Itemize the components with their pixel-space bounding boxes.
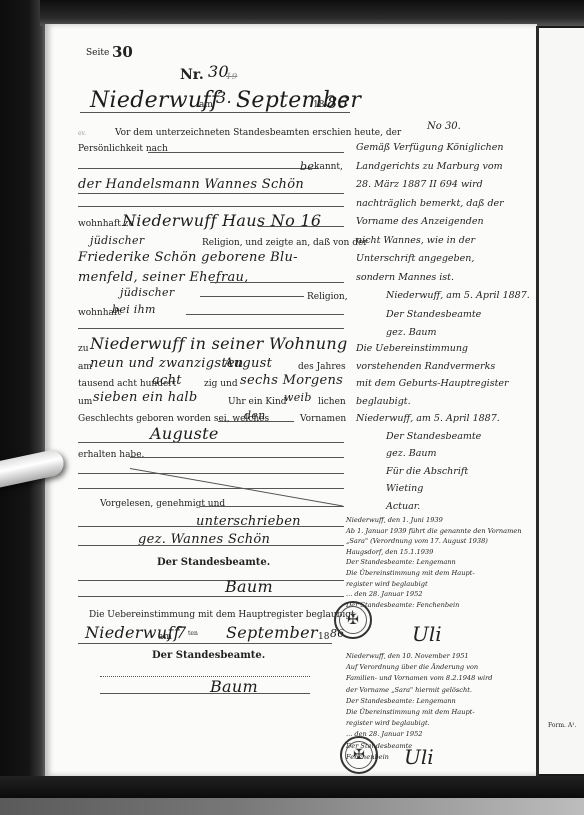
signature-mark: Uli xyxy=(412,622,442,646)
book-binding-top xyxy=(40,0,584,26)
margin-note-line: Der Standesbeamte: Lengemann xyxy=(346,558,456,566)
date-day: 3. xyxy=(216,88,232,107)
religion-label: Religion, xyxy=(307,292,348,302)
given-name: Auguste xyxy=(150,424,219,443)
birth-place: Niederwuff in seiner Wohnung xyxy=(90,334,348,353)
rule xyxy=(78,328,344,329)
sex: weib xyxy=(284,391,312,404)
read-label: Vorgelesen, genehmigt und xyxy=(100,499,225,509)
known-label: kannt, xyxy=(314,162,343,172)
margin-note-line: register wird beglaubigt xyxy=(346,580,428,588)
margin-note-line: vorstehenden Randvermerks xyxy=(356,361,495,372)
margin-note-line: der Vorname „Sara" hiermit gelöscht. xyxy=(346,686,472,694)
margin-note-line: register wird beglaubigt. xyxy=(346,719,430,727)
certify-day: 7 xyxy=(176,623,186,642)
form-label: Form. A¹. xyxy=(548,722,576,729)
rule xyxy=(78,580,344,581)
official-label-2: Der Standesbeamte. xyxy=(152,650,265,661)
rule xyxy=(78,488,344,489)
birth-place-prefix: zu xyxy=(78,344,89,354)
image-footer-caption xyxy=(0,798,584,815)
official-seal-icon: ✠ xyxy=(340,736,378,774)
margin-note-line: sondern Mannes ist. xyxy=(356,272,454,283)
known-suffix: be xyxy=(300,160,314,173)
rule xyxy=(100,676,310,677)
rule xyxy=(148,152,344,153)
margin-note-line: gez. Baum xyxy=(386,327,437,338)
margin-note-line: Niederwuff, den 10. November 1951 xyxy=(346,652,469,660)
margin-note-line: Unterschrift angegeben, xyxy=(356,253,474,264)
religion-1: jüdischer xyxy=(90,234,144,247)
margin-note-line: Niederwuff, den 1. Juni 1939 xyxy=(346,516,443,524)
rule xyxy=(78,545,344,546)
rule xyxy=(200,296,304,297)
rule xyxy=(78,193,344,194)
margin-note-line: Actuar. xyxy=(386,501,420,512)
rule xyxy=(200,506,344,507)
margin-note-line: Der Standesbeamte xyxy=(386,309,481,320)
margin-note-line: Familien- und Vornamen vom 8.2.1948 wird xyxy=(346,674,493,682)
margin-note-line: Gemäß Verfügung Königlichen xyxy=(356,142,504,153)
margin-note-line: Für die Abschrift xyxy=(386,466,468,477)
given-label: Vornamen xyxy=(300,414,346,424)
margin-mark: ev. xyxy=(78,130,86,137)
official-label: Der Standesbeamte. xyxy=(157,557,270,568)
margin-note-line: Ab 1. Januar 1939 führt die genannte den… xyxy=(346,527,522,535)
facing-page xyxy=(539,28,584,774)
margin-note-line: „Sara" (Verordnung vom 17. August 1938) xyxy=(346,537,488,545)
nr-label: Nr. xyxy=(180,67,204,83)
margin-note-line: Haugsdorf, den 15.1.1939 xyxy=(346,548,433,556)
rule xyxy=(130,457,344,458)
time-value: sieben ein halb xyxy=(93,390,198,405)
mother-residence-value: bei ihm xyxy=(112,303,156,316)
religion-text: Religion, und zeigte an, daß von der xyxy=(202,238,368,248)
certify-month: September xyxy=(226,623,318,642)
residence-value: Niederwuff Haus No 16 xyxy=(122,211,321,230)
certify-year-prefix: 18 xyxy=(318,632,329,642)
margin-note-line: beglaubigt. xyxy=(356,396,411,407)
rule xyxy=(80,112,350,113)
rule xyxy=(100,693,310,694)
official-signature: Baum xyxy=(225,577,273,596)
margin-note-line: Der Standesbeamte: Lengemann xyxy=(346,697,456,705)
year-unit: sechs Morgens xyxy=(240,373,343,388)
rule xyxy=(78,442,344,443)
rule xyxy=(210,282,344,283)
nr-struck: 19 xyxy=(226,72,237,82)
rule xyxy=(78,643,332,644)
given-count: den xyxy=(244,409,266,422)
margin-note-number: No 30. xyxy=(427,121,461,132)
signature-mark: Uli xyxy=(404,745,434,769)
margin-note-line: gez. Baum xyxy=(386,448,437,459)
decade: acht xyxy=(152,373,182,388)
margin-note-line: 28. März 1887 II 694 wird xyxy=(356,179,483,190)
certify-date-prefix: am xyxy=(158,632,172,642)
date-prefix: am xyxy=(199,100,213,110)
informant: der Handelsmann Wannes Schön xyxy=(78,177,304,192)
book-bottom-edge xyxy=(0,776,584,798)
rule xyxy=(258,226,344,227)
year-label: des Jahres xyxy=(298,362,346,372)
margin-note-line: Auf Verordnung über die Änderung von xyxy=(346,663,478,671)
mother-line-1: Friederike Schön geborene Blu- xyxy=(78,250,298,265)
received-label: erhalten habe. xyxy=(78,450,144,460)
page-number: 30 xyxy=(112,43,133,61)
birth-day: neun und zwanzigsten xyxy=(90,356,244,371)
rule xyxy=(78,168,318,169)
rule xyxy=(78,596,344,597)
margin-note-line: nicht Wannes, wie in der xyxy=(356,235,475,246)
decade-suffix: zig und xyxy=(204,379,238,389)
year-suffix: 86 xyxy=(327,93,348,112)
margin-note-line: Vorname des Anzeigenden xyxy=(356,216,484,227)
page-label: Seite xyxy=(86,48,109,58)
intro-text: Vor dem unterzeichneten Standesbeamten e… xyxy=(115,128,401,138)
religion-2: jüdischer xyxy=(120,286,174,299)
time-prefix: um xyxy=(78,397,92,407)
margin-note-line: Niederwuff, am 5. April 1887. xyxy=(356,413,500,424)
margin-note-line: Die Uebereinstimmung xyxy=(356,343,468,354)
margin-note-line: Die Übereinstimmung mit dem Haupt- xyxy=(346,708,475,716)
rule xyxy=(186,314,344,315)
rule xyxy=(78,206,344,207)
birth-month: August xyxy=(224,356,272,371)
rule xyxy=(78,526,344,527)
year-prefix: 18 xyxy=(313,100,324,110)
margin-note-line: mit dem Geburts-Hauptregister xyxy=(356,378,509,389)
certify-day-suffix: ten xyxy=(188,630,198,637)
margin-note-line: Niederwuff, am 5. April 1887. xyxy=(386,290,530,301)
official-seal-icon: ✠ xyxy=(334,601,372,639)
margin-note-line: Der Standesbeamte xyxy=(386,431,481,442)
book-binding-left xyxy=(0,0,48,800)
time-suffix: Uhr ein Kind xyxy=(228,397,287,407)
gender-text: Geschlechts geboren worden sei, welches xyxy=(78,414,269,424)
margin-note-line: Wieting xyxy=(386,483,423,494)
sex-suffix: lichen xyxy=(318,397,346,407)
margin-note-line: nachträglich bemerkt, daß der xyxy=(356,198,504,209)
margin-note-line: Die Übereinstimmung mit dem Haupt- xyxy=(346,569,475,577)
margin-note-line: ... den 28. Januar 1952 xyxy=(346,590,422,598)
certify-text: Die Uebereinstimmung mit dem Hauptregist… xyxy=(89,610,355,620)
rule xyxy=(78,473,344,474)
margin-note-line: Landgerichts zu Marburg vom xyxy=(356,161,503,172)
